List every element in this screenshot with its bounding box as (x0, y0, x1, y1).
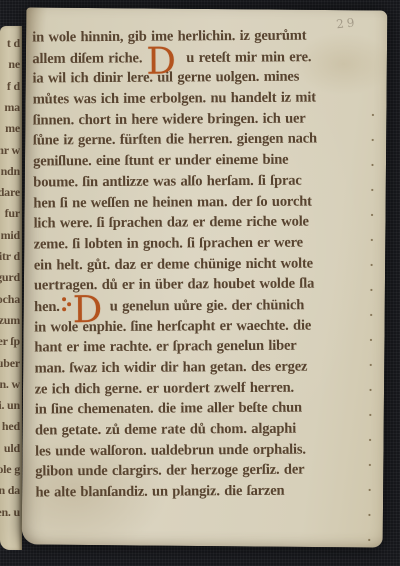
illuminated-initial: D (73, 291, 103, 328)
text-line: hen.Du genelun uůre gie. der chünich (34, 294, 368, 317)
text-line: lich were. ſi ſprachen daz er deme riche… (33, 211, 367, 234)
gutter-text-fragment: e hed (0, 419, 20, 434)
text-line: ein helt. gůt. daz er deme chünige nicht… (34, 253, 368, 276)
illuminated-initial: D (146, 42, 176, 79)
initial-placeholder: D (60, 296, 110, 311)
line-text: hen. (34, 299, 60, 315)
line-text: allem diſem riche. (32, 50, 142, 67)
gutter-text-fragment: ocha (0, 292, 20, 307)
gutter-text-fragment: mid (1, 228, 20, 243)
gutter-text-fragment: n. w (0, 377, 20, 392)
gutter-text-fragment: itr d (0, 249, 20, 264)
text-line: hen ſi ne weſſen ne heinen man. der ſo u… (33, 191, 367, 214)
text-line: hant er ime rachte. er ſprach genelun li… (34, 335, 368, 358)
text-line: ſinnen. chort in here widere bringen. ic… (33, 108, 367, 131)
gutter-text-fragment: uber (0, 356, 20, 371)
gutter-text-fragment: ndn (1, 164, 20, 179)
line-text: u genelun uůre gie. der chünich (110, 297, 305, 314)
text-line: glibon unde clargirs. der herzoge gerſiz… (35, 460, 369, 483)
gutter-text-fragment: mr w (0, 143, 20, 158)
text-line: den getate. zů deme rate dů chom. algaph… (35, 418, 369, 441)
text-line: ſůne iz gerne. fürſten die herren. gieng… (33, 129, 367, 152)
gutter-text-fragment: f d (7, 79, 20, 94)
gutter-text-fragment: gurd (0, 270, 20, 285)
text-line: boume. ſin antlizze was alſo herſam. ſi … (33, 170, 367, 193)
line-text: u reteſt mir min ere. (186, 49, 311, 66)
manuscript-photo: { "page": { "folio_number": "29", "color… (0, 0, 400, 566)
text-line: he alte blanſandiz. un plangiz. die ſarz… (35, 480, 369, 503)
text-line: ze ich dich gerne. er uordert zwelf herr… (35, 377, 369, 400)
gutter-text-fragment: fur (5, 206, 20, 221)
initial-placeholder: D (142, 47, 186, 62)
text-line: les unde walſoron. ualdebrun unde orphal… (35, 439, 369, 462)
text-line: můtes was ich ime erbolgen. nu handelt i… (33, 87, 367, 110)
pricking-marks-icon (368, 102, 375, 547)
text-line: ia wil ich dinir lere. uil gerne uolgen.… (32, 67, 366, 90)
gutter-page-edge: t dnef dmamemr wndndarefurmiditr dgurdoc… (0, 26, 22, 550)
text-block: in wole hinnin, gib ime herlichin. iz ge… (32, 25, 369, 503)
gutter-text-fragment: uld (4, 441, 20, 456)
gutter-text-fragment: me (5, 121, 20, 136)
text-line: in ſine chemenaten. die ime aller beſte … (35, 398, 369, 421)
manuscript-page: 29 in wole hinnin, gib ime herlichin. iz… (22, 7, 388, 547)
text-line: geniſlune. eine ſtunt er under eineme bi… (33, 149, 367, 172)
text-line: allem diſem riche.Du reteſt mir min ere. (32, 46, 366, 69)
gutter-text-fragment: er ſp (0, 334, 20, 349)
text-line: in wole hinnin, gib ime herlichin. iz ge… (32, 25, 366, 48)
gutter-text-fragment: ole g (0, 462, 20, 477)
gutter-text-fragment: ne (8, 57, 20, 72)
initial-dots-icon (67, 302, 71, 306)
gutter-text-fragment: zum (0, 313, 20, 328)
gutter-text-fragment: ma (4, 100, 20, 115)
text-line: zeme. ſi lobten in gnoch. ſi ſprachen er… (34, 232, 368, 255)
gutter-text-fragment: i. un (0, 398, 20, 413)
text-line: man. ſwaz ich widir dir han getan. des e… (34, 356, 368, 379)
gutter-text-fragment: dare (0, 185, 20, 200)
gutter-text-fragment: n da (0, 483, 20, 498)
gutter-text-fragment: en. u (0, 505, 20, 520)
gutter-text-fragment: t d (7, 36, 20, 51)
